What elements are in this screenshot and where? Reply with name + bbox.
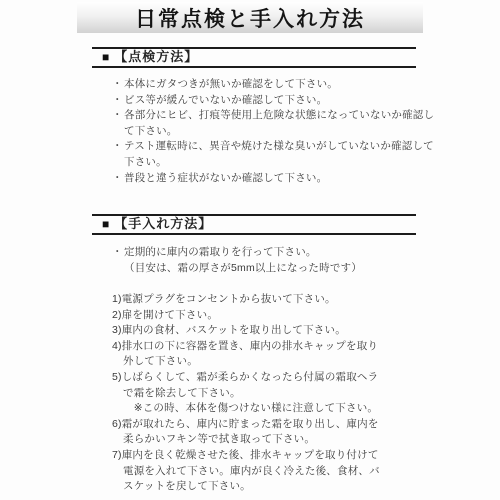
intro-note-item: ・ 定期的に庫内の霜取りを行って下さい。 （目安は、霜の厚さが5mm以上になった… [112, 245, 452, 276]
section-heading-maintenance: 【手入れ方法】 [114, 217, 212, 231]
bullet-dot-icon: ・ [112, 171, 124, 187]
bullet-dot-icon: ・ [112, 77, 124, 93]
maintenance-step-text: 7)庫内を良く乾燥させた後、排水キャップを取り付けて 電源を入れて下さい。庫内が… [112, 448, 452, 495]
intro-note-text: 定期的に庫内の霜取りを行って下さい。 （目安は、霜の厚さが5mm以上になった時で… [124, 245, 362, 276]
inspection-checklist: ・ 本体にガタつきが無いか確認をして下さい。 ・ ビス等が緩んでいないか確認して… [112, 77, 452, 186]
checklist-item: ・ ビス等が緩んでいないか確認して下さい。 [112, 93, 452, 109]
maintenance-intro-note: ・ 定期的に庫内の霜取りを行って下さい。 （目安は、霜の厚さが5mm以上になった… [112, 245, 452, 276]
section-heading-inspection: 【点検方法】 [114, 50, 198, 64]
document-title-bar: 日常点検と手入れ方法 [77, 2, 423, 33]
maintenance-steps: 1)電源プラグをコンセントから抜いて下さい。 2)扉を開けて下さい。 3)庫内の… [112, 292, 452, 495]
square-bullet-icon: ■ [102, 218, 109, 231]
checklist-item: ・ 本体にガタつきが無いか確認をして下さい。 [112, 77, 452, 93]
section-header-inspection: ■ 【点検方法】 [92, 47, 416, 68]
bullet-dot-icon: ・ [112, 108, 124, 124]
checklist-item-text: テスト運転時に、異音や焼けた様な臭いがしていないか確認して 下さい。 [124, 139, 434, 170]
checklist-item: ・ 各部分にヒビ、打痕等使用上危険な状態になっていないか確認し て下さい。 [112, 108, 452, 139]
maintenance-step-text: 1)電源プラグをコンセントから抜いて下さい。 [112, 292, 452, 308]
checklist-item-text: 普段と違う症状がないか確認して下さい。 [124, 171, 327, 187]
document-title: 日常点検と手入れ方法 [135, 3, 365, 33]
checklist-item: ・ テスト運転時に、異音や焼けた様な臭いがしていないか確認して 下さい。 [112, 139, 452, 170]
maintenance-step-text: 6)霜が取れたら、庫内に貯まった霜を取り出し、庫内を 柔らかいフキン等で拭き取っ… [112, 417, 452, 448]
maintenance-step-text: 5)しばらくして、霜が柔らかくなったら付属の霜取ヘラ で霜を除去して下さい。 ※… [112, 370, 452, 417]
bullet-dot-icon: ・ [112, 245, 124, 261]
maintenance-step-text: 3)庫内の食材、バスケットを取り出して下さい。 [112, 323, 452, 339]
maintenance-step-text: 2)扉を開けて下さい。 [112, 308, 452, 324]
checklist-item: ・ 普段と違う症状がないか確認して下さい。 [112, 171, 452, 187]
checklist-item-text: ビス等が緩んでいないか確認して下さい。 [124, 93, 327, 109]
square-bullet-icon: ■ [102, 51, 109, 64]
maintenance-step-text: 4)排水口の下に容器を置き、庫内の排水キャップを取り 外して下さい。 [112, 339, 452, 370]
checklist-item-text: 各部分にヒビ、打痕等使用上危険な状態になっていないか確認し て下さい。 [124, 108, 434, 139]
document-page: 日常点検と手入れ方法 ■ 【点検方法】 ・ 本体にガタつきが無いか確認をして下さ… [0, 0, 500, 500]
bullet-dot-icon: ・ [112, 139, 124, 155]
checklist-item-text: 本体にガタつきが無いか確認をして下さい。 [124, 77, 338, 93]
bullet-dot-icon: ・ [112, 93, 124, 109]
section-header-maintenance: ■ 【手入れ方法】 [92, 214, 416, 235]
